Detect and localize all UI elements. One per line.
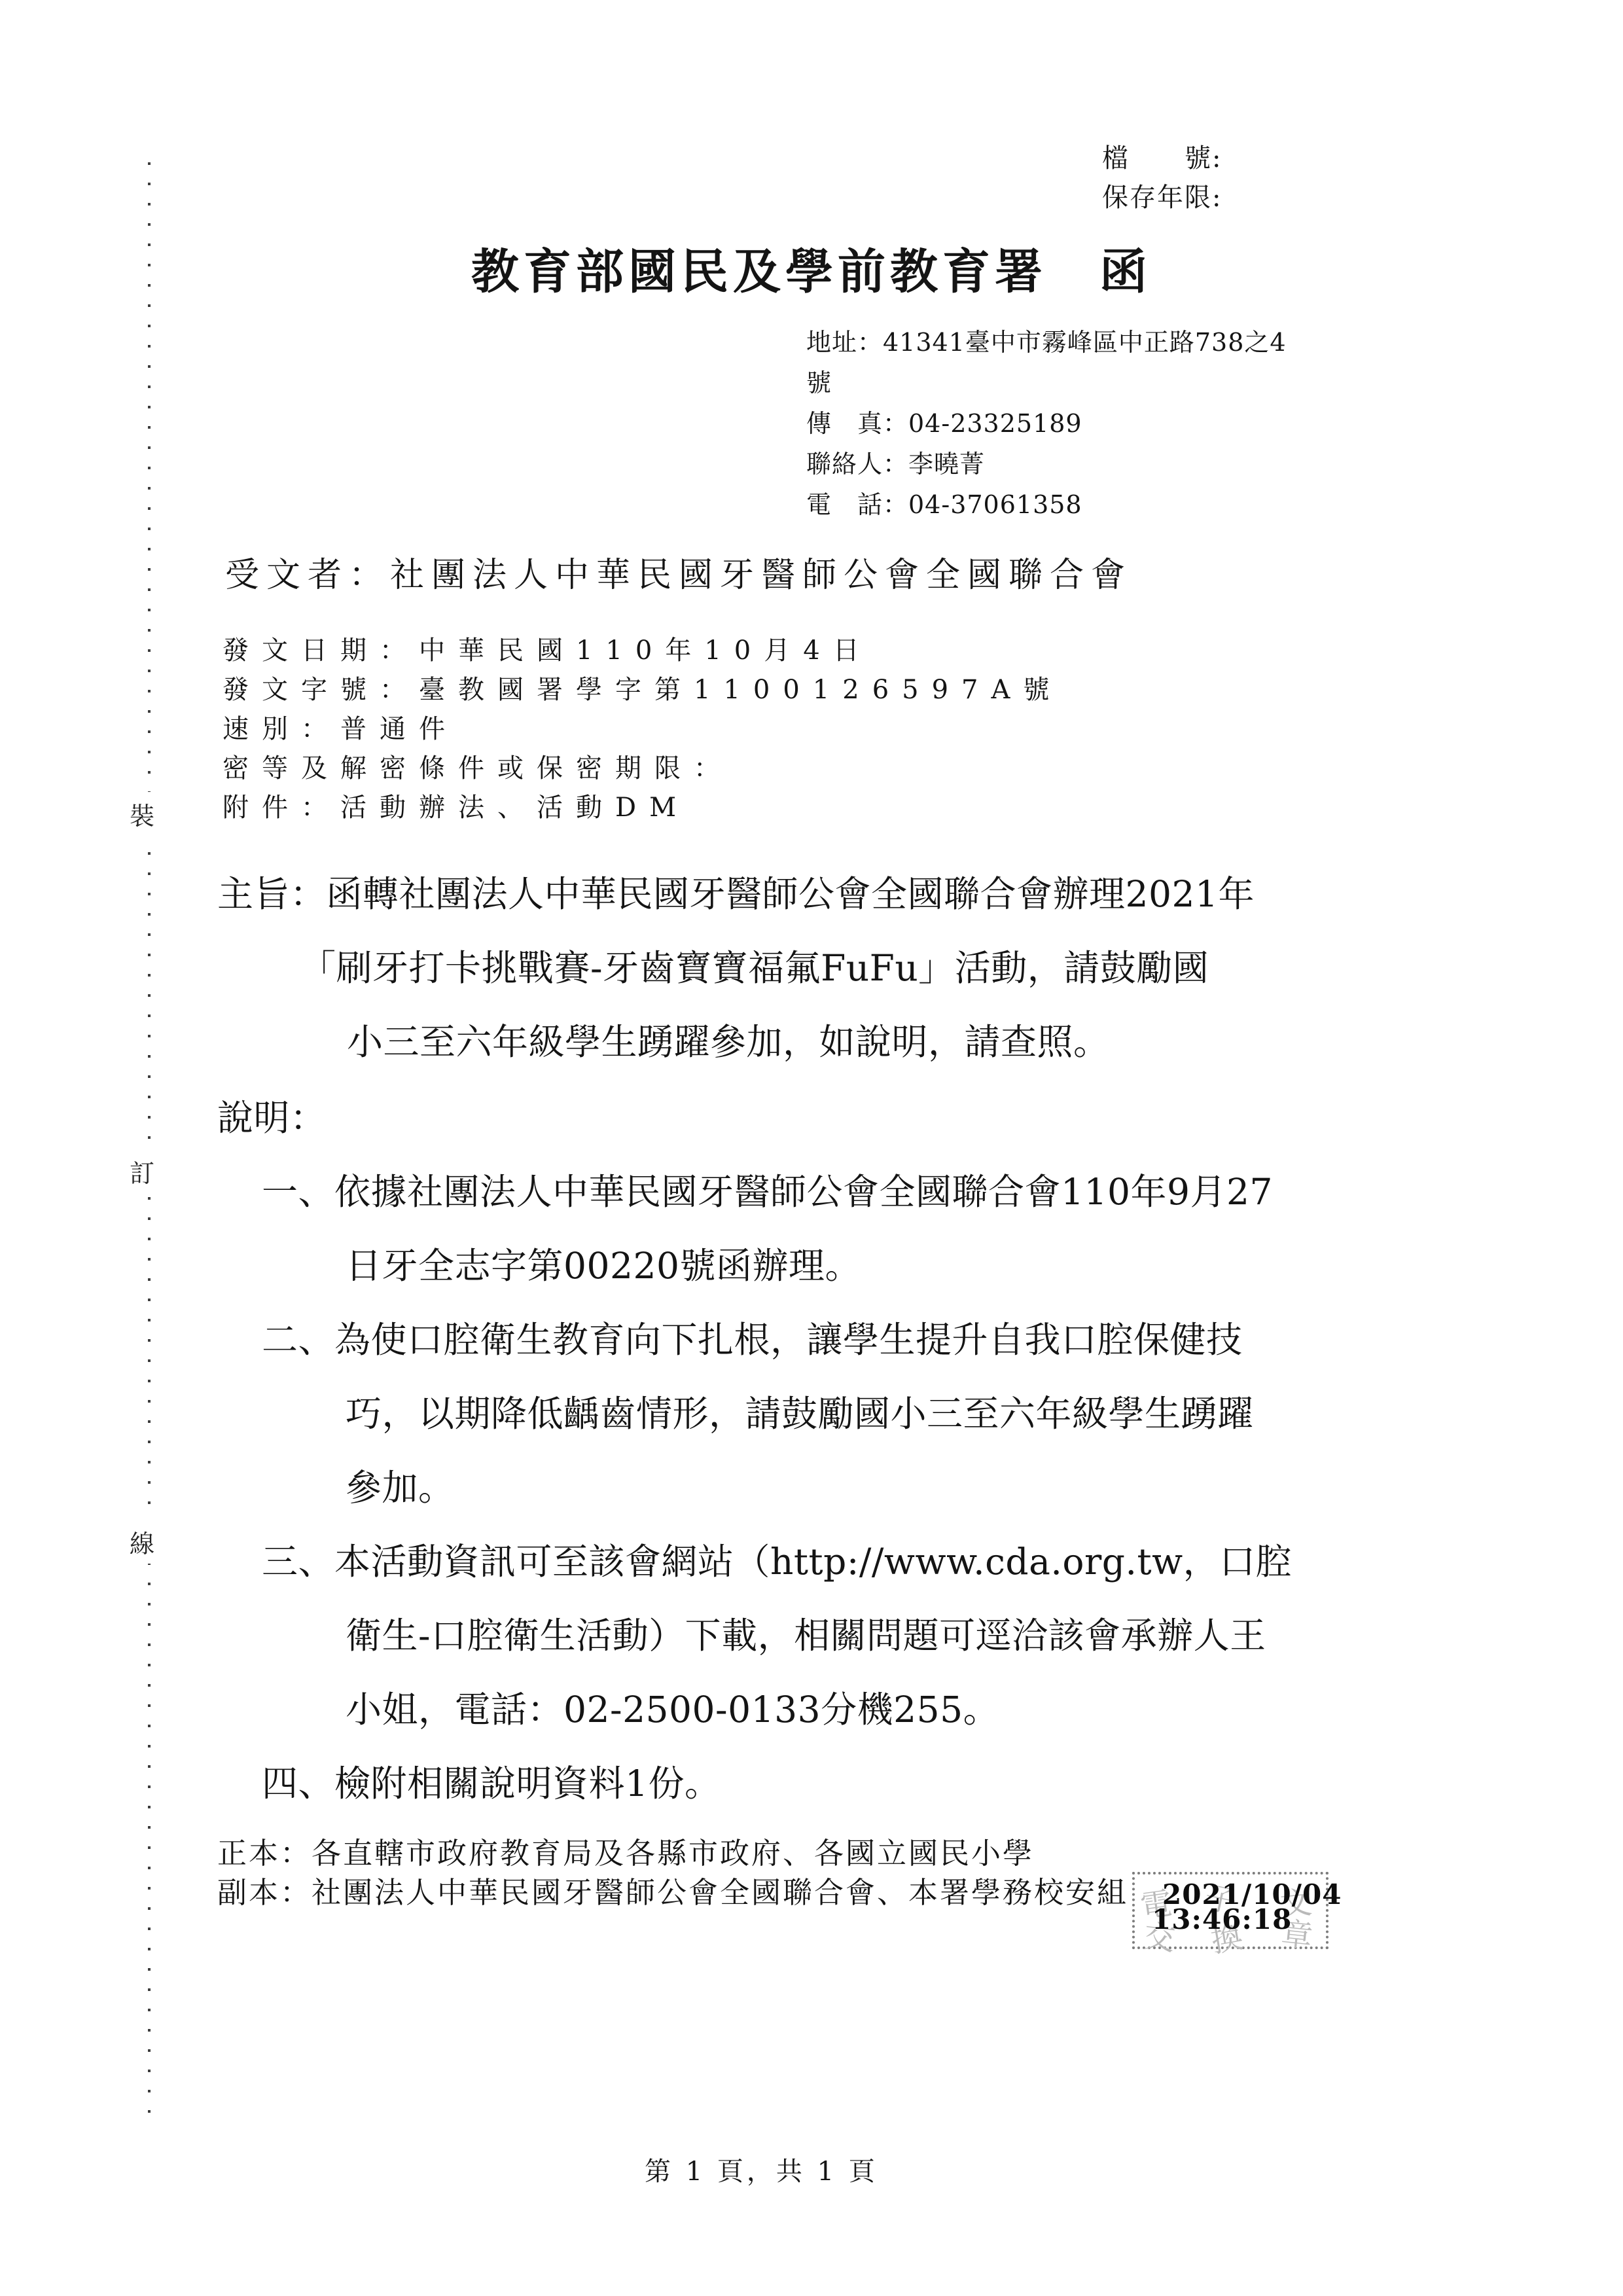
meta-date: 發文日期：中華民國110年10月4日: [223, 631, 1062, 670]
explanation-item-line: 小姐，電話：02-2500-0133分機255。: [346, 1673, 1292, 1747]
subject-block: 主旨：函轉社團法人中華民國牙醫師公會全國聯合會辦理2021年 「刷牙打卡挑戰賽-…: [217, 857, 1255, 1079]
explanation-item-2: 二、為使口腔衛生教育向下扎根，讓學生提升自我口腔保健技 巧，以期降低齲齒情形，請…: [262, 1303, 1254, 1525]
margin-mark-zhuang: 裝: [130, 792, 154, 836]
sender-phone: 電 話：04-37061358: [806, 484, 1287, 525]
stamp-time: 13:46:18: [1152, 1903, 1292, 1935]
sender-address-line2: 號: [806, 363, 1287, 403]
meta-doc-number: 發文字號：臺教國署學字第1100126597A號: [223, 670, 1062, 709]
explanation-item-4: 四、檢附相關說明資料1份。: [262, 1747, 721, 1821]
explanation-item-line: 參加。: [346, 1451, 1254, 1525]
file-number-block: 檔 號: 保存年限:: [1102, 139, 1222, 217]
meta-speed: 速別：普通件: [223, 709, 1062, 749]
sender-address-line1: 地址：41341臺中市霧峰區中正路738之4: [806, 322, 1287, 363]
document-title: 教育部國民及學前教育署 函: [0, 233, 1623, 302]
copies-cc: 副本：社團法人中華民國牙醫師公會全國聯合會、本署學務校安組: [217, 1873, 1128, 1912]
sender-contact: 聯絡人：李曉菁: [806, 444, 1287, 484]
explanation-item-line: 二、為使口腔衛生教育向下扎根，讓學生提升自我口腔保健技: [262, 1303, 1254, 1377]
explanation-item-3: 三、本活動資訊可至該會網站（http://www.cda.org.tw，口腔 衛…: [262, 1525, 1292, 1747]
page-footer: 第 1 頁，共 1 頁: [645, 2151, 878, 2188]
file-number-label: 檔 號:: [1102, 139, 1222, 178]
subject-line: 主旨：函轉社團法人中華民國牙醫師公會全國聯合會辦理2021年: [217, 857, 1255, 931]
explanation-item-line: 日牙全志字第00220號函辦理。: [346, 1229, 1273, 1303]
explanation-item-line: 四、檢附相關說明資料1份。: [262, 1747, 721, 1821]
copies-original: 正本：各直轄市政府教育局及各縣市政府、各國立國民小學: [217, 1834, 1128, 1873]
dispatch-meta-block: 發文日期：中華民國110年10月4日 發文字號：臺教國署學字第110012659…: [223, 631, 1062, 827]
explanation-item-line: 巧，以期降低齲齒情形，請鼓勵國小三至六年級學生踴躍: [346, 1377, 1254, 1451]
margin-mark-ding: 訂: [130, 1149, 154, 1193]
sender-info-block: 地址：41341臺中市霧峰區中正路738之4 號 傳 真：04-23325189…: [806, 322, 1287, 525]
electronic-exchange-stamp: 電 子 文 交 換 章 2021/10/04 13:46:18: [1132, 1872, 1329, 1949]
subject-line: 小三至六年級學生踴躍參加，如說明，請查照。: [347, 1005, 1255, 1079]
meta-attachment: 附件：活動辦法、活動DM: [223, 788, 1062, 827]
copies-block: 正本：各直轄市政府教育局及各縣市政府、各國立國民小學 副本：社團法人中華民國牙醫…: [217, 1834, 1128, 1912]
explanation-item-line: 一、依據社團法人中華民國牙醫師公會全國聯合會110年9月27: [262, 1155, 1273, 1229]
margin-mark-xian: 線: [130, 1520, 154, 1564]
explanation-item-line: 衛生-口腔衛生活動）下載，相關問題可逕洽該會承辦人王: [346, 1599, 1292, 1673]
binding-dotted-line: [148, 162, 151, 2113]
explanation-item-line: 三、本活動資訊可至該會網站（http://www.cda.org.tw，口腔: [262, 1525, 1292, 1599]
explanation-item-1: 一、依據社團法人中華民國牙醫師公會全國聯合會110年9月27 日牙全志字第002…: [262, 1155, 1273, 1303]
recipient-line: 受文者：社團法人中華民國牙醫師公會全國聯合會: [225, 547, 1132, 596]
meta-security: 密等及解密條件或保密期限：: [223, 749, 1062, 788]
retention-label: 保存年限:: [1102, 178, 1222, 217]
sender-fax: 傳 真：04-23325189: [806, 403, 1287, 444]
subject-line: 「刷牙打卡挑戰賽-牙齒寶寶福氟FuFu」活動，請鼓勵國: [300, 931, 1255, 1005]
explanation-label: 說明：: [217, 1081, 327, 1155]
document-page: { "doc": { "header": { "file_no": "檔 號:"…: [0, 0, 1623, 2296]
